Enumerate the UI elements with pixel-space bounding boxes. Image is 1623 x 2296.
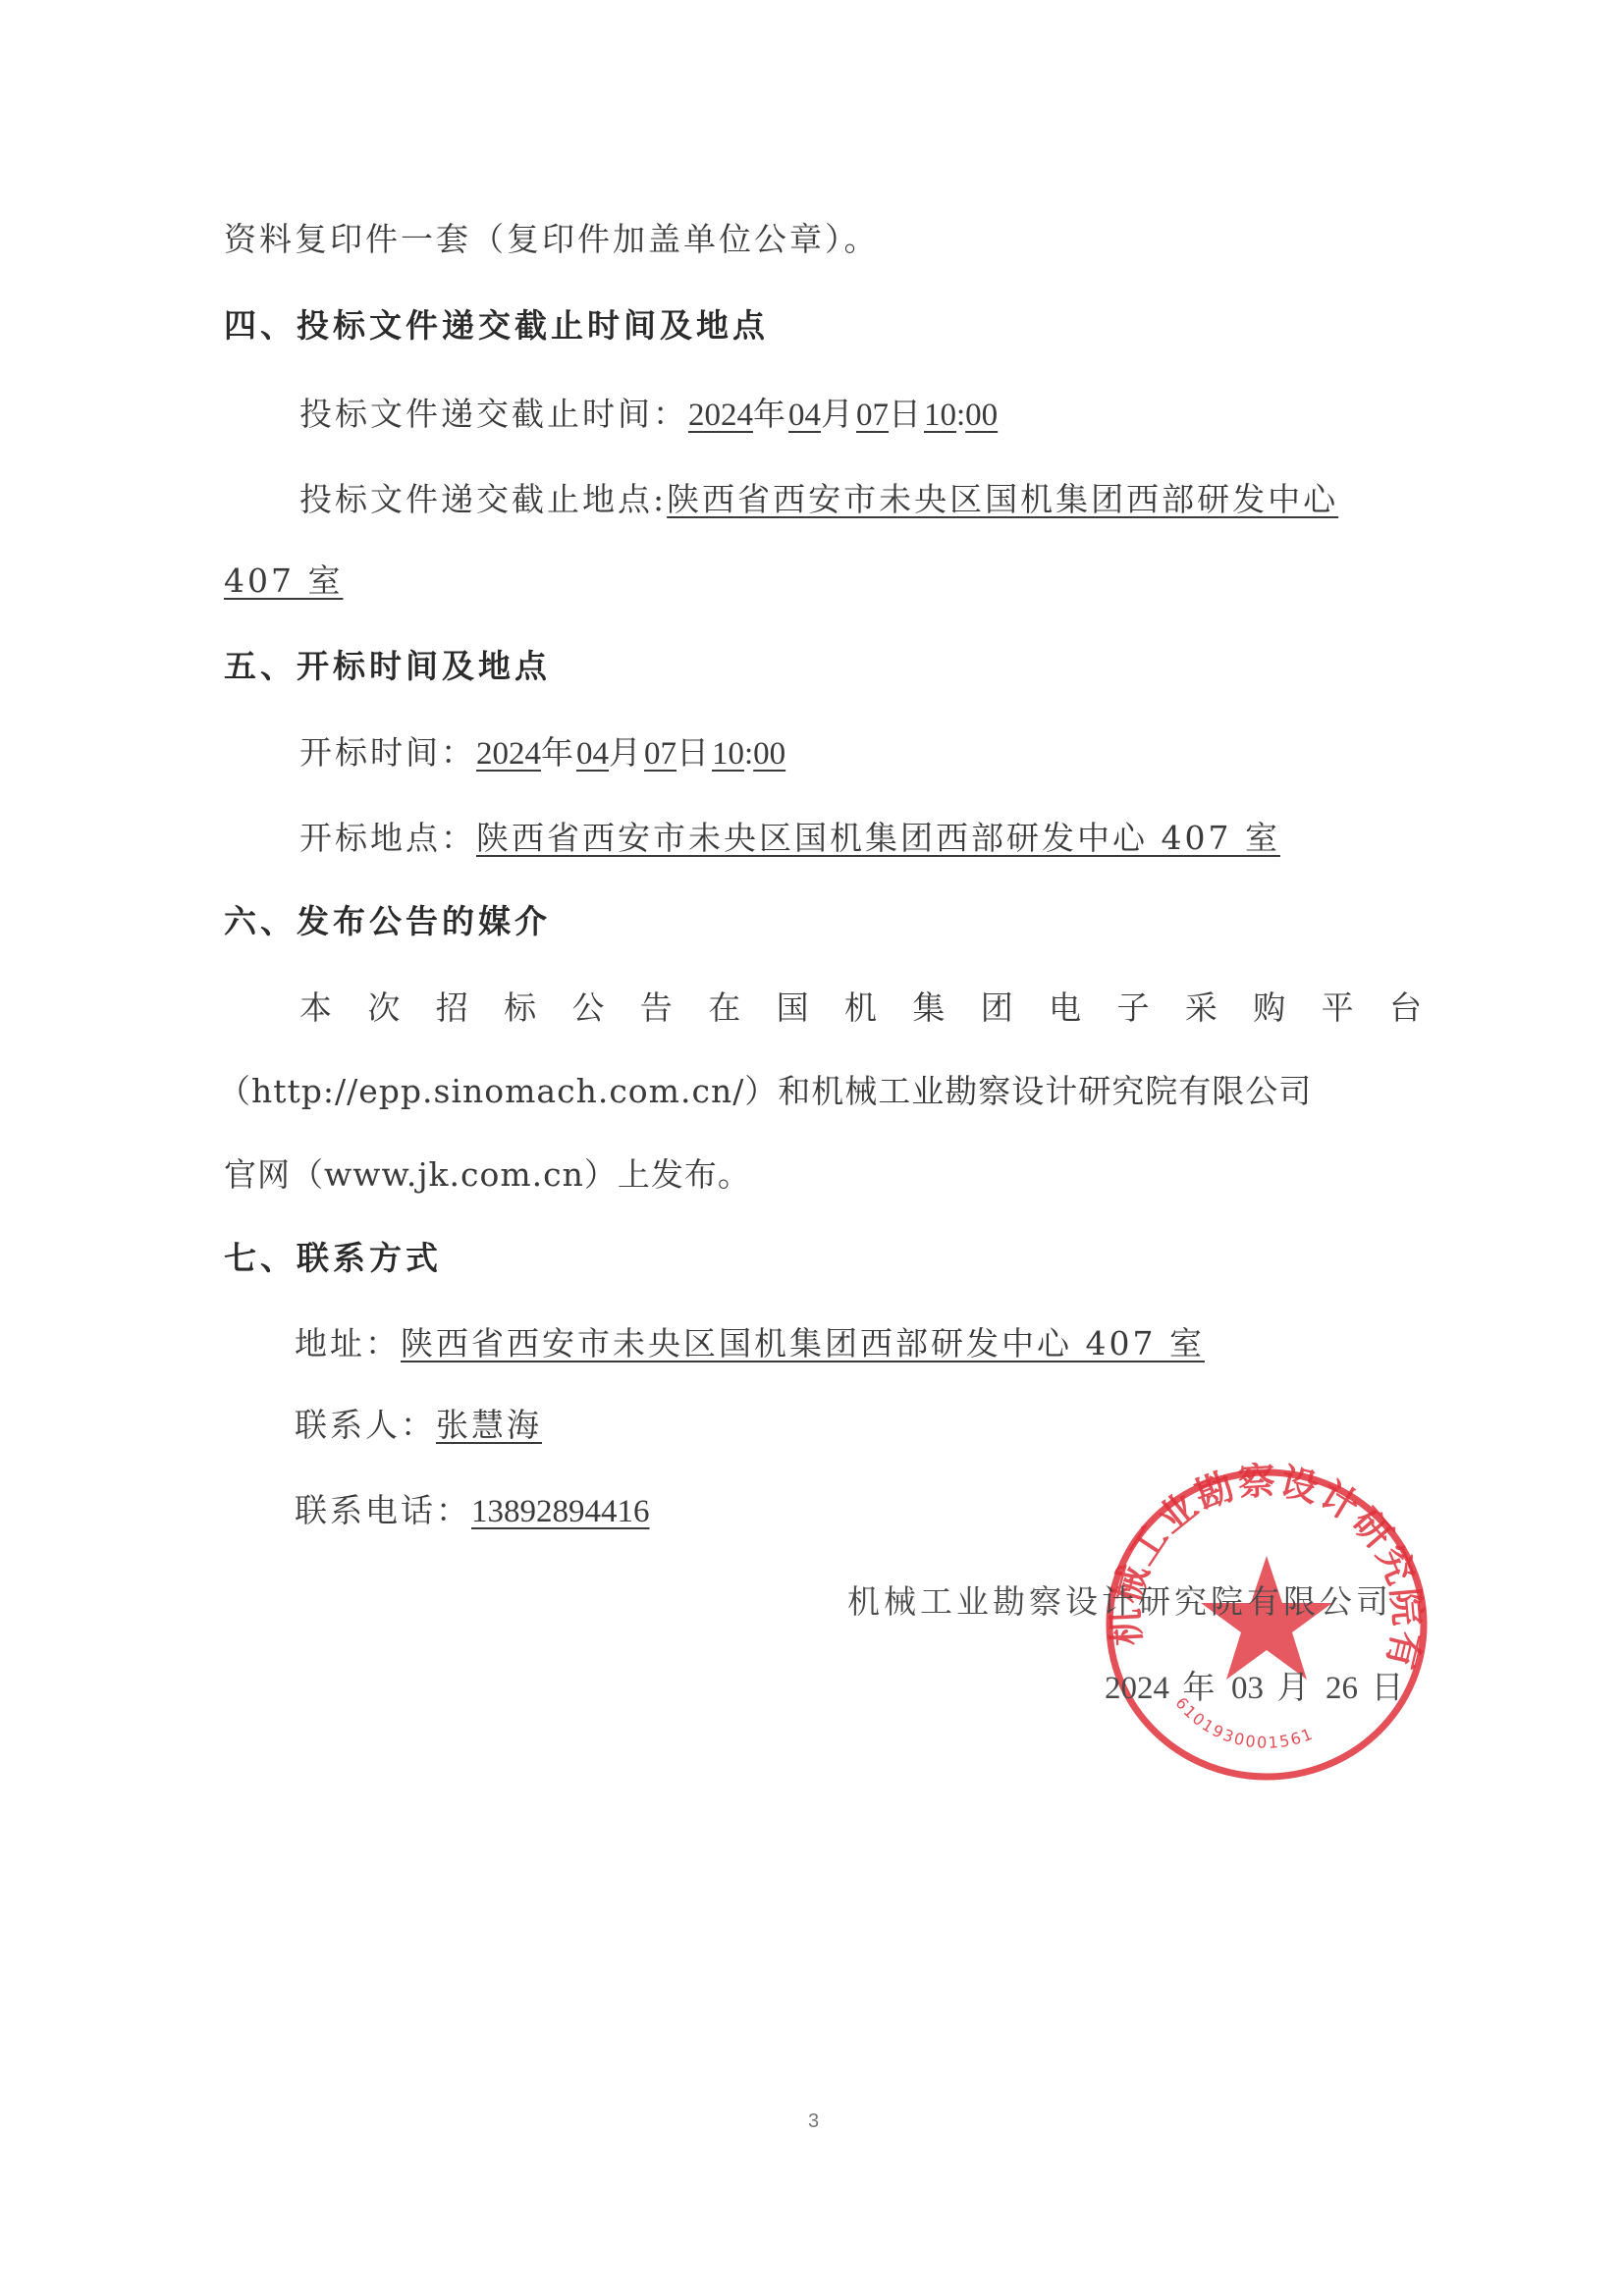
- char: 本: [299, 987, 332, 1030]
- bid-deadline-row: 投标文件递交截止时间：2024年04月07日10:00: [299, 393, 998, 437]
- month-unit: 月: [821, 395, 856, 433]
- char: 招: [436, 987, 468, 1030]
- year-unit: 年: [753, 395, 788, 433]
- bid-location-room: 407 室: [224, 561, 343, 600]
- time-colon: :: [744, 736, 753, 772]
- year-unit: 年: [1183, 1668, 1218, 1706]
- char: 购: [1253, 987, 1285, 1030]
- opening-location-value: 陕西省西安市未央区国机集团西部研发中心 407 室: [476, 819, 1280, 857]
- day-unit: 日: [1372, 1668, 1407, 1706]
- bid-location-value: 陕西省西安市未央区国机集团西部研发中心: [667, 480, 1338, 518]
- address-value: 陕西省西安市未央区国机集团西部研发中心 407 室: [401, 1324, 1205, 1362]
- deadline-hour: 10: [924, 398, 956, 433]
- continuation-text: 资料复印件一套（复印件加盖单位公章）。: [224, 218, 880, 261]
- sign-day: 26: [1325, 1671, 1358, 1706]
- media-line-1: 本 次 招 标 公 告 在 国 机 集 团 电 子 采 购 平 台: [299, 987, 1422, 1030]
- bid-location-label: 投标文件递交截止地点:: [299, 480, 667, 518]
- page-number: 3: [808, 2110, 819, 2133]
- bid-deadline-label: 投标文件递交截止时间：: [299, 395, 688, 433]
- char: 子: [1117, 987, 1150, 1030]
- day-unit: 日: [676, 733, 712, 772]
- media-line-2: （http://epp.sinomach.com.cn/）和机械工业勘察设计研究…: [218, 1070, 1312, 1113]
- section-7-heading: 七、联系方式: [224, 1237, 442, 1280]
- deadline-day: 07: [856, 398, 889, 433]
- char: 采: [1185, 987, 1217, 1030]
- bid-location-row-2: 407 室: [224, 560, 343, 603]
- char: 团: [981, 987, 1013, 1030]
- section-4-heading: 四、投标文件递交截止时间及地点: [224, 304, 769, 347]
- sign-year: 2024: [1105, 1671, 1169, 1706]
- char: 公: [572, 987, 605, 1030]
- contact-label: 联系人：: [295, 1406, 436, 1444]
- contact-value: 张慧海: [436, 1406, 577, 1444]
- section-5-heading: 五、开标时间及地点: [224, 645, 551, 688]
- deadline-minute: 00: [965, 398, 998, 433]
- month-unit: 月: [1277, 1668, 1313, 1706]
- official-seal-icon: 机械工业勘察设计研究院有限公司 6101930001561: [1100, 1463, 1434, 1787]
- opening-minute: 00: [753, 736, 785, 772]
- bid-location-row: 投标文件递交截止地点:陕西省西安市未央区国机集团西部研发中心: [299, 478, 1338, 521]
- phone-value: 13892894416: [471, 1494, 650, 1529]
- char: 电: [1049, 987, 1081, 1030]
- char: 标: [504, 987, 536, 1030]
- month-unit: 月: [609, 733, 644, 772]
- signature-company: 机械工业勘察设计研究院有限公司: [847, 1580, 1392, 1624]
- phone-label: 联系电话：: [295, 1491, 471, 1529]
- opening-location-row: 开标地点：陕西省西安市未央区国机集团西部研发中心 407 室: [299, 817, 1280, 860]
- char: 告: [640, 987, 673, 1030]
- year-unit: 年: [541, 733, 576, 772]
- char: 台: [1389, 987, 1422, 1030]
- time-colon: :: [956, 398, 965, 433]
- opening-day: 07: [644, 736, 676, 772]
- opening-time-label: 开标时间：: [299, 733, 476, 772]
- opening-location-label: 开标地点：: [299, 819, 476, 857]
- sign-month: 03: [1231, 1671, 1264, 1706]
- char: 国: [777, 987, 809, 1030]
- opening-time-row: 开标时间：2024年04月07日10:00: [299, 731, 785, 775]
- section-6-heading: 六、发布公告的媒介: [224, 900, 551, 943]
- address-row: 地址：陕西省西安市未央区国机集团西部研发中心 407 室: [295, 1322, 1205, 1365]
- char: 机: [844, 987, 877, 1030]
- opening-year: 2024: [476, 736, 541, 772]
- contact-row: 联系人：张慧海: [295, 1404, 577, 1447]
- deadline-month: 04: [788, 398, 821, 433]
- char: 在: [708, 987, 740, 1030]
- day-unit: 日: [889, 395, 924, 433]
- char: 集: [912, 987, 945, 1030]
- signature-date: 2024 年 03 月 26 日: [1105, 1666, 1407, 1710]
- opening-hour: 10: [712, 736, 744, 772]
- char: 平: [1322, 987, 1354, 1030]
- deadline-year: 2024: [688, 398, 753, 433]
- media-line-3: 官网（www.jk.com.cn）上发布。: [224, 1153, 751, 1197]
- char: 次: [367, 987, 400, 1030]
- opening-month: 04: [576, 736, 609, 772]
- address-label: 地址：: [295, 1324, 401, 1362]
- phone-row: 联系电话：13892894416: [295, 1489, 650, 1533]
